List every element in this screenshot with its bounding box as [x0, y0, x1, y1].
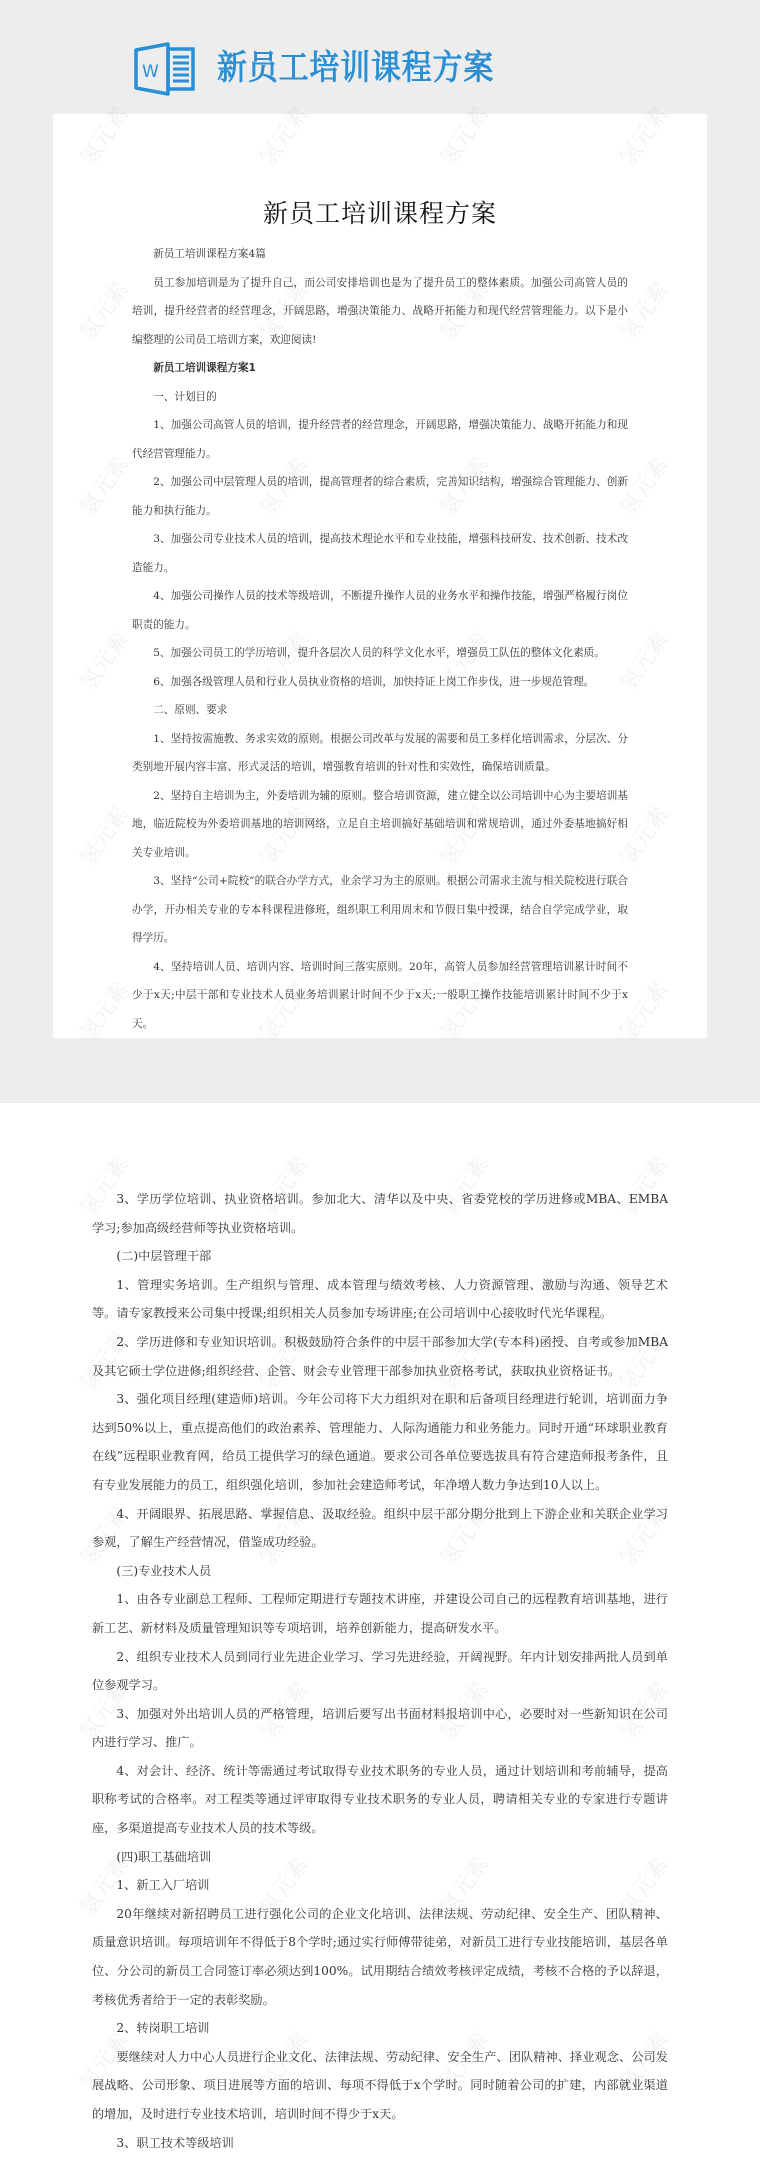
paragraph: 二、原则、要求	[132, 696, 628, 725]
paragraph: 2、加强公司中层管理人员的培训，提高管理者的综合素质，完善知识结构，增强综合管理…	[132, 468, 628, 525]
paragraph: 20年继续对新招聘员工进行强化公司的企业文化培训、法律法规、劳动纪律、安全生产、…	[92, 1900, 668, 2014]
page-gap	[0, 1038, 760, 1103]
document-title: 新员工培训课程方案	[53, 194, 707, 230]
header-banner: W 新员工培训课程方案	[0, 0, 760, 114]
paragraph: 3、学历学位培训、执业资格培训。参加北大、清华以及中央、省委党校的学历进修或MB…	[92, 1185, 668, 1242]
paragraph: 3、加强公司专业技术人员的培训，提高技术理论水平和专业技能，增强科技研发、技术创…	[132, 525, 628, 582]
paragraph: 1、由各专业副总工程师、工程师定期进行专题技术讲座，并建设公司自己的远程教育培训…	[92, 1585, 668, 1642]
paragraph: 新员工培训课程方案1	[132, 354, 628, 383]
paragraph: 3、坚持“公司+院校”的联合办学方式，业余学习为主的原则。根据公司需求主流与相关…	[132, 867, 628, 953]
paragraph: 2、组织专业技术人员到同行业先进企业学习、学习先进经验，开阔视野。年内计划安排两…	[92, 1643, 668, 1700]
header-title: 新员工培训课程方案	[217, 46, 494, 90]
document-page-2: 3、学历学位培训、执业资格培训。参加北大、清华以及中央、省委党校的学历进修或MB…	[0, 1103, 760, 2178]
svg-text:W: W	[142, 62, 159, 82]
paragraph: 1、管理实务培训。生产组织与管理、成本管理与绩效考核、人力资源管理、激励与沟通、…	[92, 1271, 668, 1328]
paragraph: 2、转岗职工培训	[92, 2014, 668, 2043]
paragraph: 员工参加培训是为了提升自己，而公司安排培训也是为了提升员工的整体素质。加强公司高…	[132, 269, 628, 355]
paragraph: 1、新工入厂培训	[92, 1871, 668, 1900]
paragraph: 新员工培训课程方案4篇	[132, 240, 628, 269]
paragraph: 1、加强公司高管人员的培训，提升经营者的经营理念，开阔思路，增强决策能力、战略开…	[132, 411, 628, 468]
paragraph: (二)中层管理干部	[92, 1242, 668, 1271]
document-body-page-2: 3、学历学位培训、执业资格培训。参加北大、清华以及中央、省委党校的学历进修或MB…	[92, 1185, 668, 2157]
paragraph: (三)专业技术人员	[92, 1557, 668, 1586]
paragraph: 4、开阔眼界、拓展思路、掌握信息、汲取经验。组织中层干部分期分批到上下游企业和关…	[92, 1500, 668, 1557]
paragraph: (四)职工基础培训	[92, 1843, 668, 1872]
paragraph: 3、强化项目经理(建造师)培训。今年公司将下大力组织对在职和后备项目经理进行轮训…	[92, 1385, 668, 1499]
paragraph: 要继续对人力中心人员进行企业文化、法律法规、劳动纪律、安全生产、团队精神、择业观…	[92, 2043, 668, 2129]
paragraph: 4、对会计、经济、统计等需通过考试取得专业技术职务的专业人员，通过计划培训和考前…	[92, 1757, 668, 1843]
document-page-1: 新员工培训课程方案 新员工培训课程方案4篇员工参加培训是为了提升自己，而公司安排…	[53, 114, 707, 1038]
paragraph: 3、职工技术等级培训	[92, 2129, 668, 2158]
paragraph: 6、加强各级管理人员和行业人员执业资格的培训，加快持证上岗工作步伐，进一步规范管…	[132, 668, 628, 697]
paragraph: 2、坚持自主培训为主，外委培训为辅的原则。整合培训资源，建立健全以公司培训中心为…	[132, 782, 628, 868]
paragraph: 3、加强对外出培训人员的严格管理，培训后要写出书面材料报培训中心，必要时对一些新…	[92, 1700, 668, 1757]
paragraph: 一、计划目的	[132, 383, 628, 412]
paragraph: 1、坚持按需施教、务求实效的原则。根据公司改革与发展的需要和员工多样化培训需求，…	[132, 725, 628, 782]
paragraph: 4、加强公司操作人员的技术等级培训，不断提升操作人员的业务水平和操作技能，增强严…	[132, 582, 628, 639]
paragraph: 4、坚持培训人员、培训内容、培训时间三落实原则。20年，高管人员参加经营管理培训…	[132, 953, 628, 1039]
paragraph: 2、学历进修和专业知识培训。积极鼓励符合条件的中层干部参加大学(专本科)函授、自…	[92, 1328, 668, 1385]
paragraph: 5、加强公司员工的学历培训，提升各层次人员的科学文化水平，增强员工队伍的整体文化…	[132, 639, 628, 668]
word-document-icon: W	[133, 42, 197, 96]
